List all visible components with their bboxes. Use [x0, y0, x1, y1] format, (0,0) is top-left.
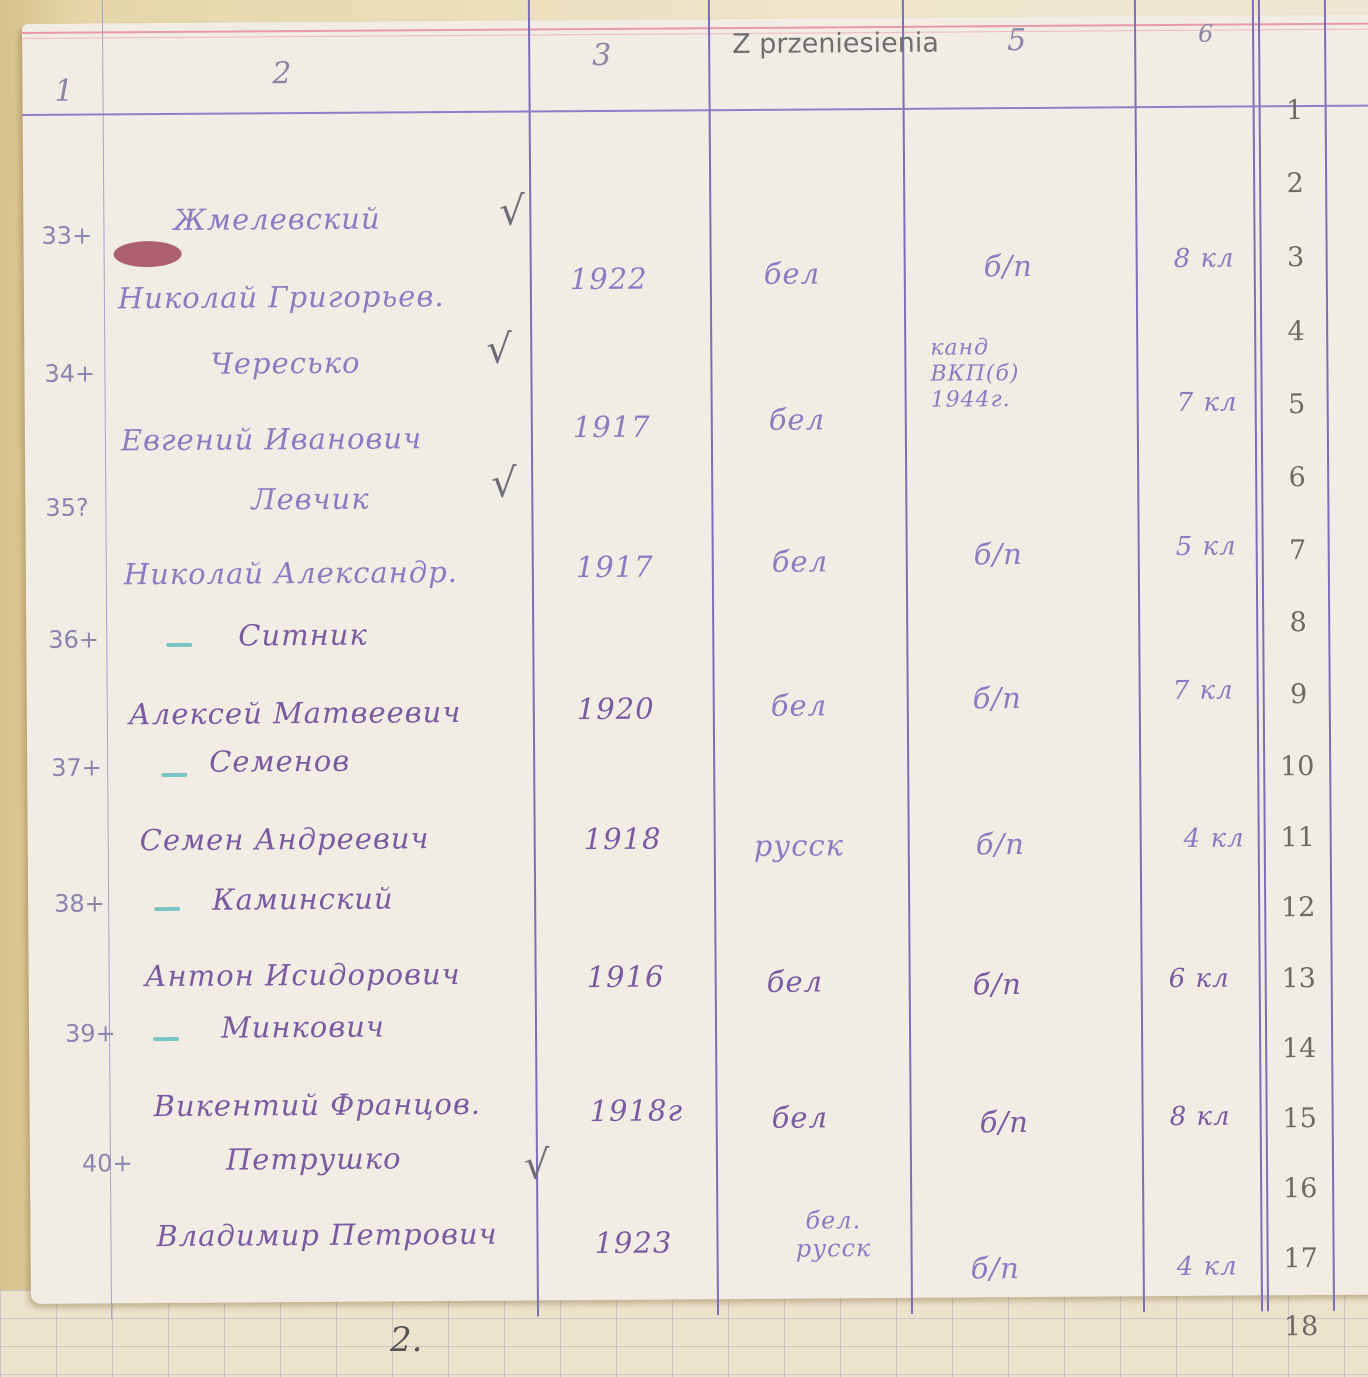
- entry-surname: Семенов: [209, 744, 350, 779]
- row-number: 7: [1268, 535, 1328, 566]
- check-mark-icon: √: [524, 1142, 550, 1188]
- entry-index: 39+: [65, 1019, 116, 1047]
- col-rule-2: [528, 0, 539, 1316]
- check-mark-icon: √: [486, 327, 512, 373]
- entry-nationality: бел: [771, 688, 828, 722]
- entry-nationality: бел: [772, 1100, 829, 1134]
- row-number: 16: [1270, 1173, 1330, 1204]
- dash-marker-icon: [154, 907, 180, 911]
- entry-education: 4 кл: [1184, 823, 1245, 853]
- entry-index: 38+: [54, 889, 105, 917]
- col-rule-4: [902, 0, 913, 1314]
- ink-blot: [114, 241, 182, 267]
- entry-surname: Ситник: [238, 618, 368, 653]
- entry-party: б/п: [974, 537, 1023, 571]
- entry-nationality: бел: [772, 544, 829, 578]
- entry-index: 33+: [41, 222, 92, 250]
- entry-surname: Каминский: [212, 881, 394, 916]
- dash-marker-icon: [166, 643, 192, 647]
- header-col-6: 6: [1198, 20, 1213, 48]
- entry-surname: Минкович: [221, 1009, 385, 1044]
- row-number: 1: [1265, 95, 1325, 126]
- col-rule-6: [1252, 0, 1263, 1311]
- row-number: 2: [1265, 168, 1325, 199]
- entry-education: 8 кл: [1174, 244, 1235, 274]
- entry-year: 1918г: [589, 1093, 683, 1128]
- col-rule-5: [1134, 0, 1145, 1312]
- entry-year: 1920: [577, 692, 655, 727]
- col-rule-1: [102, 0, 112, 1319]
- entry-nationality: бел. русск: [778, 1206, 888, 1263]
- entry-nationality: бел: [769, 402, 826, 436]
- entry-index: 34+: [44, 359, 95, 387]
- header-col-5: 5: [1007, 23, 1026, 58]
- entry-year: 1923: [594, 1225, 672, 1260]
- row-number: 3: [1266, 242, 1326, 273]
- row-number: 18: [1271, 1311, 1331, 1342]
- header-col-3: 3: [592, 38, 611, 73]
- row-number: 4: [1266, 316, 1326, 347]
- col-rule-3: [708, 0, 719, 1315]
- entry-given-name: Алексей Матвеевич: [129, 695, 462, 731]
- entry-surname: Жмелевский: [173, 202, 380, 237]
- dash-marker-icon: [161, 773, 187, 777]
- entry-party: б/п: [976, 827, 1025, 861]
- underlying-grid-page: [0, 1290, 1368, 1377]
- entry-education: 4 кл: [1177, 1252, 1238, 1282]
- entry-year: 1918: [584, 822, 662, 857]
- entry-nationality: русск: [754, 828, 844, 863]
- row-number: 15: [1270, 1103, 1330, 1134]
- header-col-2: 2: [272, 56, 291, 91]
- row-number: 8: [1268, 607, 1328, 638]
- header-col-4-printed: Z przeniesienia: [732, 28, 939, 60]
- entry-party: канд ВКП(б) 1944г.: [930, 335, 1051, 414]
- header-col-1: 1: [54, 74, 73, 109]
- entry-party: б/п: [973, 967, 1022, 1001]
- entry-education: 7 кл: [1177, 388, 1238, 418]
- entry-surname: Левчик: [251, 482, 370, 517]
- underlying-page-mark: 2.: [390, 1320, 422, 1360]
- entry-party: б/п: [980, 1105, 1029, 1139]
- row-number: 10: [1267, 751, 1327, 782]
- entry-surname: Петрушко: [226, 1141, 402, 1176]
- entry-education: 7 кл: [1173, 676, 1234, 706]
- ledger-page: 1 2 3 Z przeniesienia 5 6 1 2 3 4 5 6 7 …: [22, 14, 1368, 1304]
- entry-index: 35?: [45, 494, 88, 522]
- row-number: 6: [1267, 462, 1327, 493]
- entry-year: 1922: [570, 262, 648, 297]
- entry-index: 37+: [51, 753, 102, 781]
- entry-party: б/п: [973, 681, 1022, 715]
- entry-year: 1917: [576, 550, 654, 585]
- entry-nationality: бел: [767, 964, 824, 998]
- entry-index: 40+: [82, 1149, 133, 1177]
- dash-marker-icon: [153, 1037, 179, 1041]
- row-number: 17: [1271, 1243, 1331, 1274]
- entry-education: 5 кл: [1176, 532, 1237, 562]
- row-number: 14: [1269, 1033, 1329, 1064]
- entry-given-name: Николай Александр.: [124, 555, 458, 591]
- entry-year: 1917: [573, 410, 651, 445]
- entry-given-name: Семен Андреевич: [140, 821, 430, 857]
- entry-given-name: Евгений Иванович: [121, 421, 422, 457]
- entry-education: 8 кл: [1170, 1102, 1231, 1132]
- entry-index: 36+: [48, 625, 99, 653]
- header-rule: [23, 104, 1368, 116]
- entry-given-name: Владимир Петрович: [156, 1217, 497, 1253]
- check-mark-icon: √: [491, 461, 517, 507]
- entry-given-name: Антон Исидорович: [145, 957, 461, 993]
- entry-party: б/п: [971, 1251, 1020, 1285]
- entry-surname: Чересько: [210, 346, 360, 381]
- entry-given-name: Николай Григорьев.: [118, 279, 445, 315]
- entry-given-name: Викентий Францов.: [153, 1087, 481, 1123]
- red-top-rule: [22, 22, 1368, 34]
- row-number: 11: [1268, 822, 1328, 853]
- row-number: 5: [1267, 389, 1327, 420]
- entry-education: 6 кл: [1169, 964, 1230, 994]
- check-mark-icon: √: [499, 188, 525, 234]
- entry-year: 1916: [587, 960, 665, 995]
- row-number: 9: [1269, 679, 1329, 710]
- row-number: 12: [1268, 892, 1328, 923]
- row-number: 13: [1269, 963, 1329, 994]
- entry-nationality: бел: [764, 256, 821, 290]
- entry-party: б/п: [984, 249, 1033, 283]
